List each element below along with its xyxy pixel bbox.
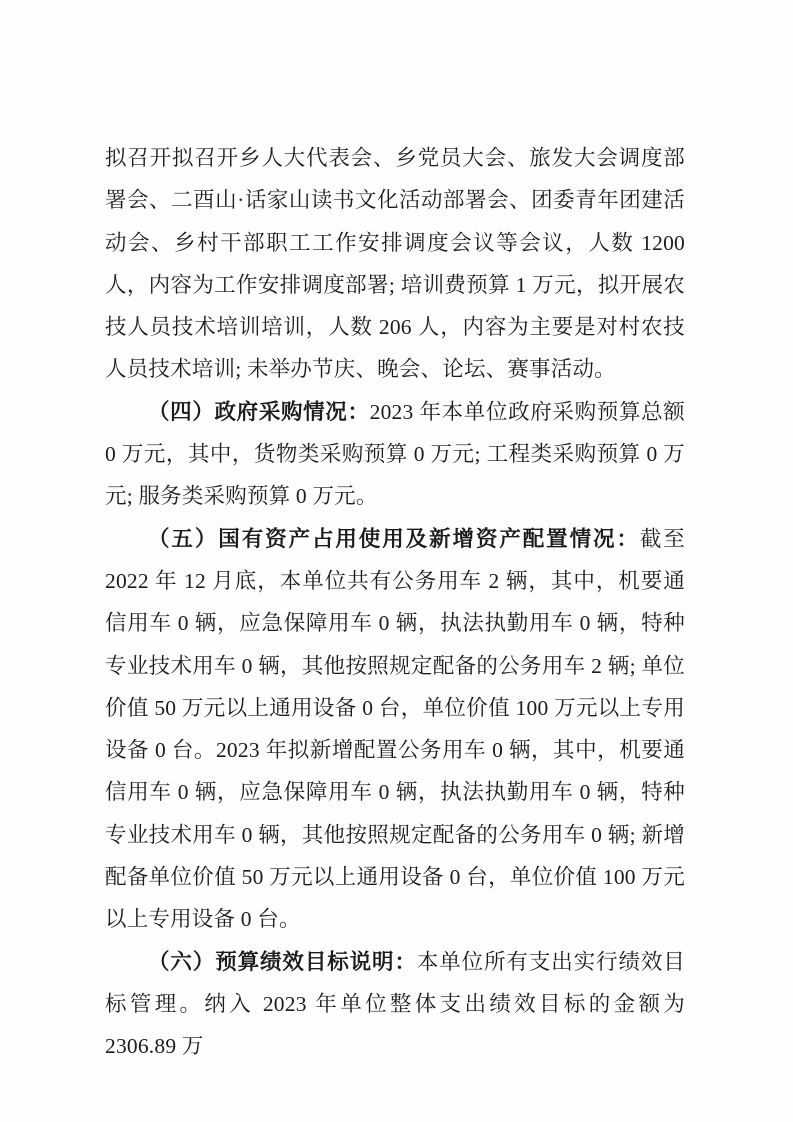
paragraph-heading: （六）预算绩效目标说明： xyxy=(148,950,417,974)
paragraph-state-assets: （五）国有资产占用使用及新增资产配置情况：截至 2022 年 12 月底，本单位… xyxy=(105,518,685,941)
paragraph-heading: （五）国有资产占用使用及新增资产配置情况： xyxy=(148,527,640,551)
paragraph-meetings-continuation: 拟召开拟召开乡人大代表会、乡党员大会、旅发大会调度部署会、二酉山·话家山读书文化… xyxy=(105,137,685,391)
paragraph-heading: （四）政府采购情况： xyxy=(148,400,370,424)
paragraph-text: 拟召开拟召开乡人大代表会、乡党员大会、旅发大会调度部署会、二酉山·话家山读书文化… xyxy=(105,146,685,381)
paragraph-budget-performance: （六）预算绩效目标说明：本单位所有支出实行绩效目标管理。纳入 2023 年单位整… xyxy=(105,941,685,1068)
paragraph-text: 截至 2022 年 12 月底，本单位共有公务用车 2 辆，其中，机要通信用车 … xyxy=(105,527,685,932)
paragraph-government-procurement: （四）政府采购情况：2023 年本单位政府采购预算总额 0 万元，其中，货物类采… xyxy=(105,391,685,518)
document-text-block: 拟召开拟召开乡人大代表会、乡党员大会、旅发大会调度部署会、二酉山·话家山读书文化… xyxy=(105,137,685,1068)
document-page: 拟召开拟召开乡人大代表会、乡党员大会、旅发大会调度部署会、二酉山·话家山读书文化… xyxy=(0,0,793,1122)
